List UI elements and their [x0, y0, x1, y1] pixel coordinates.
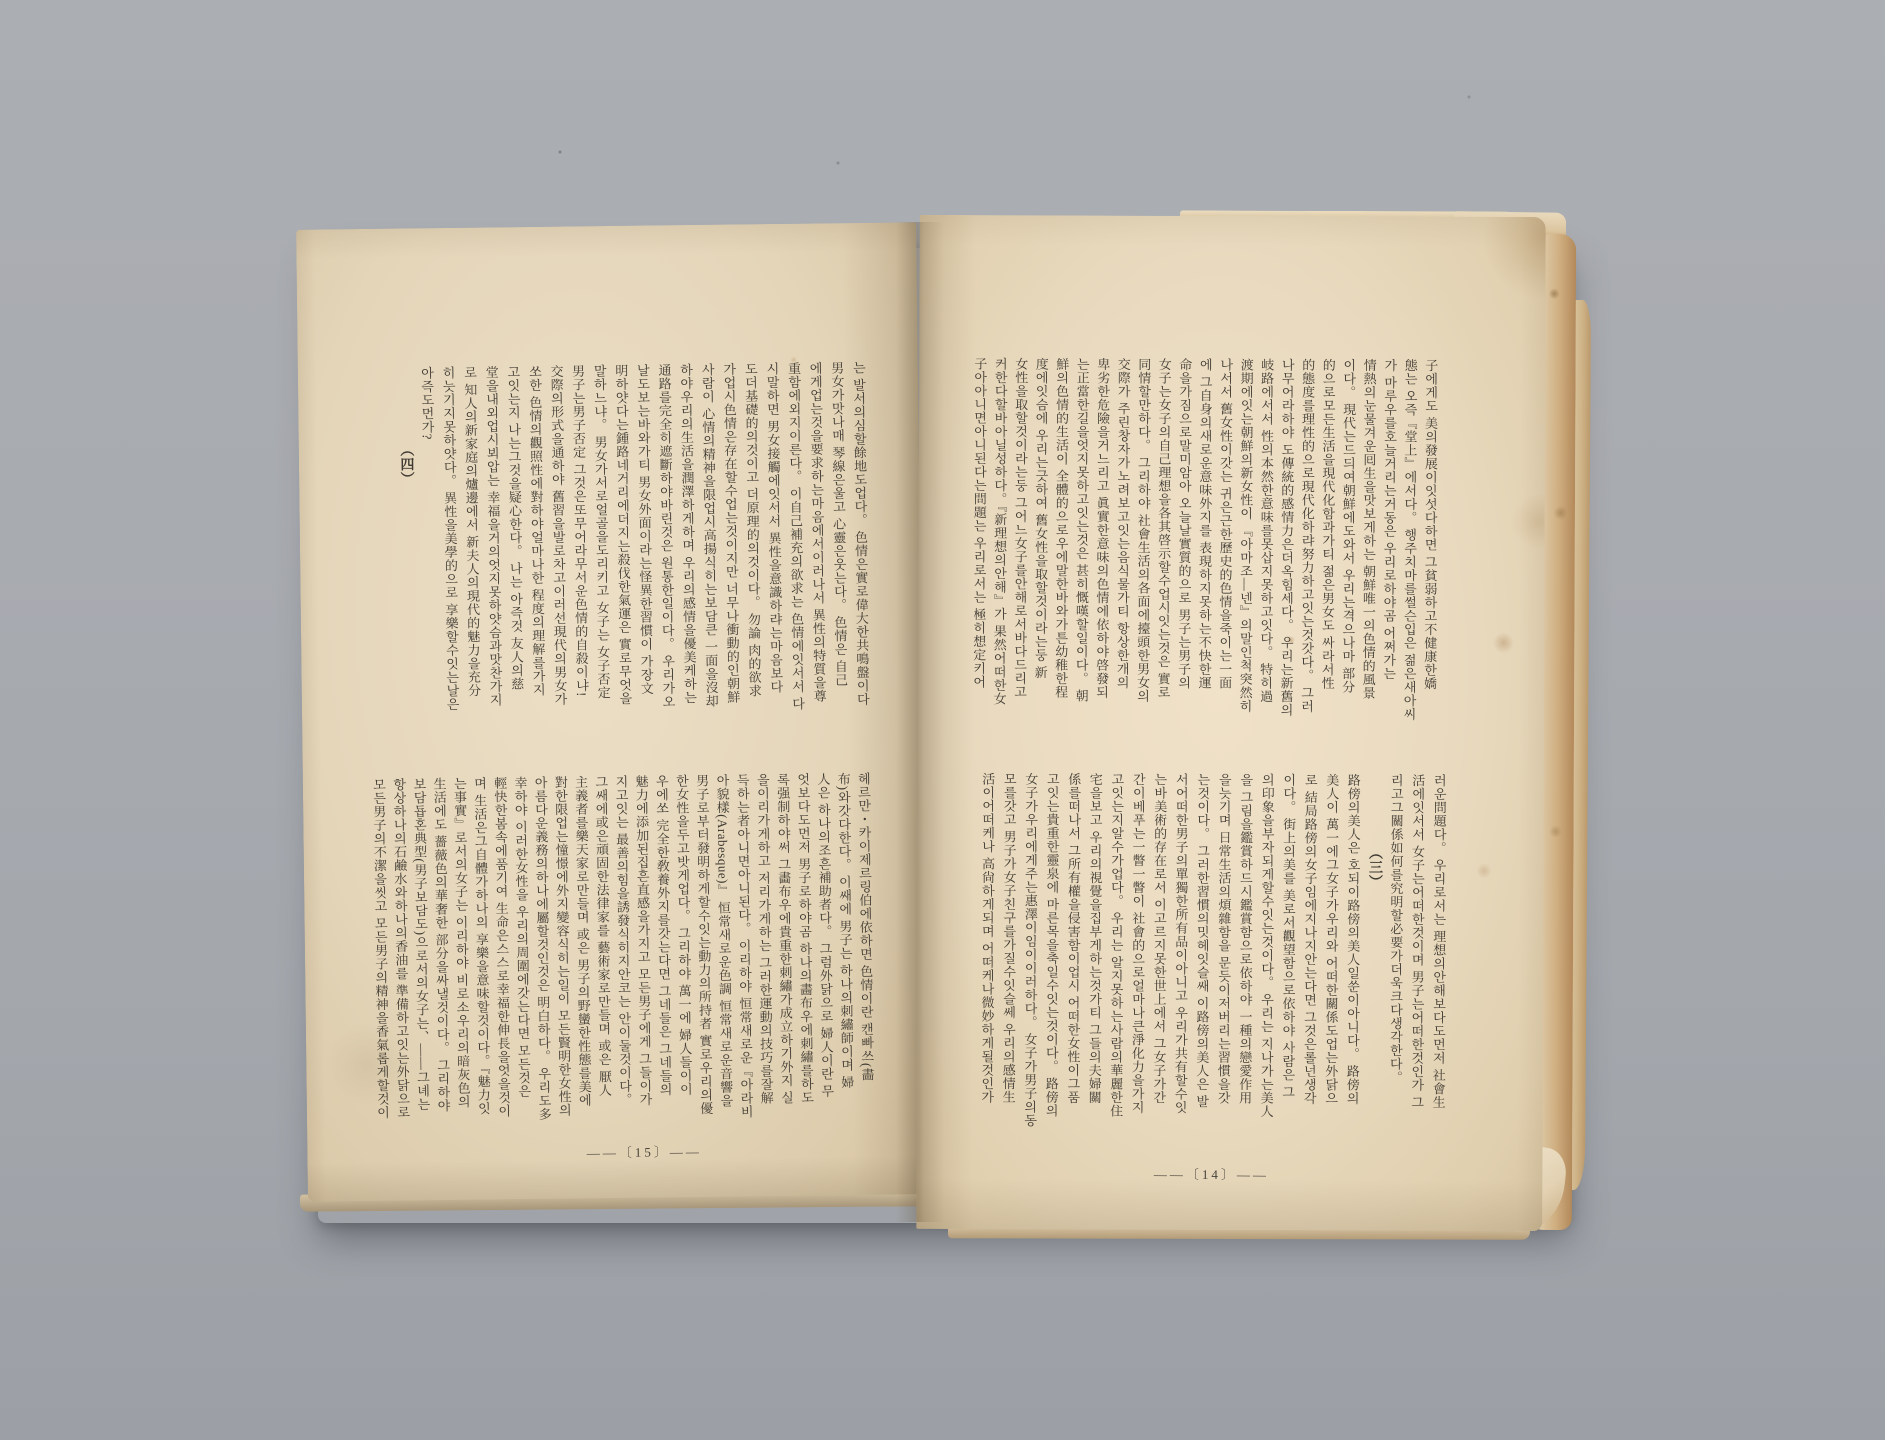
text-column: 子에게도 美의發展이잇섯다하면 그貧弱하고不健康한嬌	[1418, 359, 1440, 753]
text-column: 러운問題다。 우리로서는 理想의안해보다도먼저 社會生	[1427, 774, 1450, 1172]
page-number-left: ——〔15〕——	[559, 1141, 729, 1162]
text-column: 同情할만하다。 그리하야 社會生活의各面에擡頭한男女의	[1131, 358, 1153, 752]
right-page: 子에게도 美의發展이잇섯다하면 그貧弱하고不健康한嬌態는 오즉『堂上』에서다。 …	[916, 215, 1546, 1231]
text-column: 가 마루우를호늘거리는거동은 우리로하야곰 어쩌가는	[1377, 359, 1399, 753]
text-column: 宅을보고 우리의視覺을집부게하는것가티 그들의夫婦關	[1083, 772, 1106, 1170]
text-column: 고잇는지알수가업다。 우리는 알지못하는사람의華麗한住	[1104, 773, 1127, 1171]
text-column: 고잇는貴重한靈泉에 마른목을축일수잇는것이다。 路傍의	[1040, 772, 1063, 1170]
text-column: 子아아니면아니된다는問題는 우리로서는 極히想定키어	[967, 357, 989, 751]
text-column: 서어떠한男子의單獨한所有品이아니고 우리가共有할수잇	[1169, 773, 1192, 1171]
text-column: 리고그關係如何를究明할必要가더욱크다생각한다。	[1384, 774, 1407, 1172]
text-column: 을 그림을鑑賞하드시鑑賞함으로依하야 一種의戀愛作用	[1233, 773, 1256, 1171]
text-column: 女子는女子의自己理想을各其啓示할수업시잇는것은 實로	[1152, 358, 1174, 752]
right-page-bottom-text-block: 러운問題다。 우리로서는 理想의안해보다도먼저 社會生活에잇서서 女子는어떠한것…	[974, 772, 1449, 1172]
text-column: 간이베푸는一瞥一瞥이 社會的으로얼마나큰淨化力을가지	[1126, 773, 1149, 1171]
text-column: 에 그自身의새로운意味外지를 表現하지못하는不快한運	[1193, 358, 1215, 752]
text-column: 美人이 萬一에그女子가우리와 어떠한關係도업는外닭으	[1319, 773, 1342, 1171]
text-column: 渡期에잇는朝鮮의新女性이 『아마조—넨』의말인척突然히	[1234, 358, 1256, 752]
text-column: 나무어라하야 도傳統的感情力은더옥힘세다。 우리는新舊의	[1275, 358, 1297, 752]
right-page-top-text-block: 子에게도 美의發展이잇섯다하면 그貧弱하고不健康한嬌態는 오즉『堂上』에서다。 …	[967, 357, 1440, 753]
text-column: 의印象을부자되게할수잇는것이다。 우리는 지나가는美人	[1255, 773, 1278, 1171]
text-column: 鮮의色情的生活이 全體的으로우에말한바와가튼幼稚한程	[1049, 357, 1071, 751]
text-column: 커한다할바아닐성하다。『新理想의안해』가 果然어떠한女	[988, 357, 1010, 751]
section-marker-three: （三）	[1362, 773, 1385, 1171]
text-column: 岐路에서서 性의本然한意味를못삽지못하고잇다。 特히過	[1254, 358, 1276, 752]
text-column: 는것이다。 그러한習慣의밋헤잇슬쌔 이路傍의美人은 발	[1190, 773, 1213, 1171]
left-page-top-text-block: 는 발서의심할餘地도업다。 色情은實로偉大한共鳴盤이다男女가맛나매 琴線은울고 …	[393, 361, 874, 761]
text-column: 모를갓고 男子가女子친구를가질수잇슬쎄 우리의感情生	[997, 772, 1020, 1170]
text-column: 女子가우리에게주는惠澤이임이이러하다。 女子가男子의동	[1018, 772, 1041, 1170]
text-column: 路傍의美人은 호되이路傍의美人일쑨이아니다。 路傍의	[1341, 773, 1364, 1171]
text-column: 情熱의눈물겨운囘生을맛보게하는 朝鮮唯一의色情的風景	[1357, 358, 1379, 752]
text-column: 女性을取할것이라는둥 그어느女子를안해로서바다드리고	[1008, 357, 1030, 751]
text-column: 卑劣한危險을거느리고 眞實한意味의色情에依하야啓發되	[1090, 358, 1112, 752]
text-column: 는 발서의심할餘地도업다。 色情은實로偉大한共鳴盤이다	[847, 361, 873, 755]
text-column: 는바美術的存在로서 이고르지못한世上에서 그女子가간	[1147, 773, 1170, 1171]
text-column: 活에잇서서 女子는어떠한것이며 男子는어떠한것인가 그	[1405, 774, 1428, 1172]
left-page: 는 발서의심할餘地도업다。 色情은實로偉大한共鳴盤이다男女가맛나매 琴線은울고 …	[296, 222, 928, 1202]
book-photo: 는 발서의심할餘地도업다。 色情은實로偉大한共鳴盤이다男女가맛나매 琴線은울고 …	[0, 0, 1885, 1440]
text-column: 活이어떠케나 高尙하게되며 어떠케나微妙하게될것인가	[975, 772, 998, 1170]
text-column: 態는 오즉『堂上』에서다。 행주치마를썰슨입은 젊은새아씨	[1398, 359, 1420, 753]
text-column: 을늣기며 日常生活의煩雜함을 문듯이저버리는習慣을갓	[1212, 773, 1235, 1171]
text-column: 이다。 街上의美를 美로서觀望함으로依하야 사람은 그	[1276, 773, 1299, 1171]
text-column: 係를떠나서 그所有權을侵害함이업시 어떠한女性이그품	[1061, 772, 1084, 1170]
text-column: 度에잇슴에 우리는긋하여 舊女性을取할것이라는둥 新	[1029, 357, 1051, 751]
text-column: 이다。 現代는드듸여朝鮮에도와서 우리는격으나마 部分	[1336, 358, 1358, 752]
text-column: 的態度를理性的으로現代化하랴努力하고잇는것갓다。 그러	[1295, 358, 1317, 752]
text-column: 나서서 舊女性이갓는 귀은근한歷史的色情을죽이는一面	[1213, 358, 1235, 752]
text-column: 로 結局路傍의女子임에지나지안는다면 그것은롤넌생각	[1298, 773, 1321, 1171]
text-column: 交際가 주린창자가노려보고잇는음식물가티 항상한개의	[1111, 358, 1133, 752]
page-number-right: ——〔14〕——	[1126, 1164, 1296, 1184]
text-column: 는正當한길을엇지못하고잇는것은 甚히慨嘆할일이다。 朝	[1070, 357, 1092, 751]
text-column: 命을가짐으로말미암아 오늘날實質的으로 男子는男子의	[1172, 358, 1194, 752]
text-column: 的으로모든生活을現代化함과가티 젊은男女도 싸라서性	[1316, 358, 1338, 752]
left-page-bottom-text-block: 헤르만・카이제르링伯에依하면 色情이란 캔빠쓰(畵布)와갓다한다。 이쌔에 男子…	[367, 772, 878, 1176]
